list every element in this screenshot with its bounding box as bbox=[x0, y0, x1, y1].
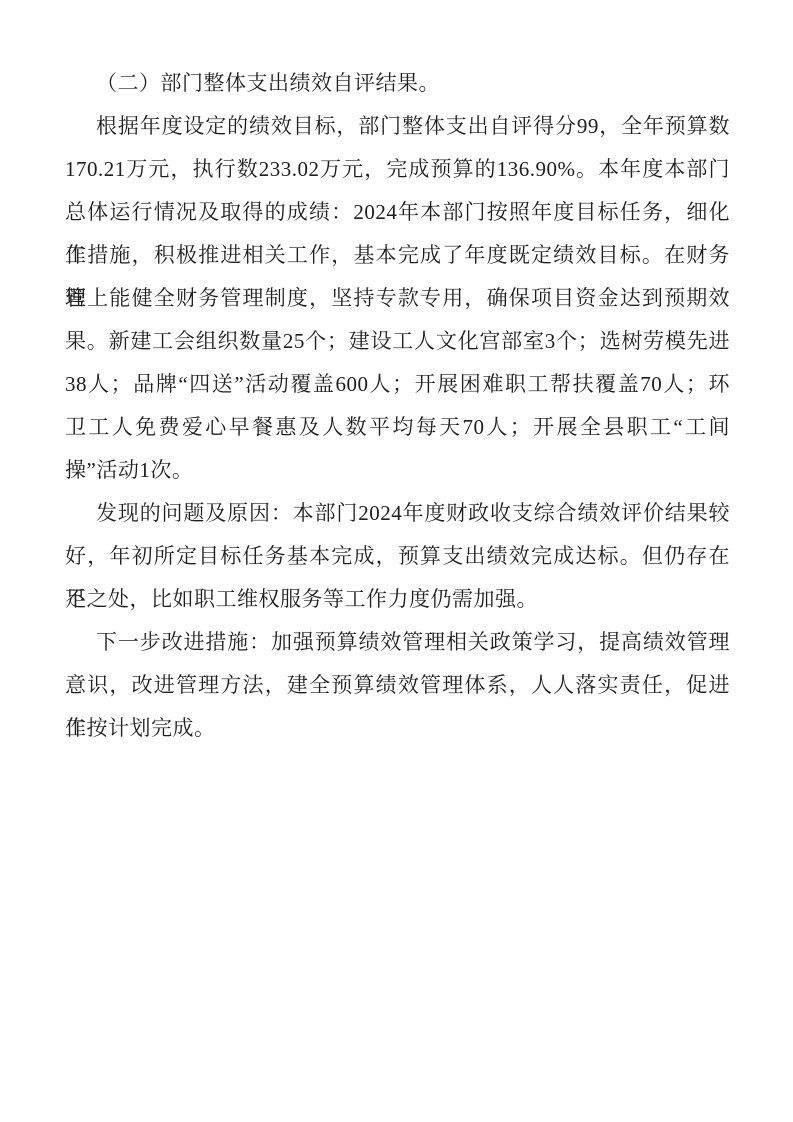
text-line: 下一步改进措施：加强预算绩效管理相关政策学习，提高绩效管理 bbox=[65, 621, 730, 664]
section-heading: （二）部门整体支出绩效自评结果。 bbox=[65, 62, 730, 105]
document-page: （二）部门整体支出绩效自评结果。 根据年度设定的绩效目标，部门整体支出自评得分9… bbox=[0, 0, 793, 1122]
text-line: 38人；品牌“四送”活动覆盖600人；开展困难职工帮扶覆盖70人；环 bbox=[65, 363, 730, 406]
text-line: 卫工人免费爱心早餐惠及人数平均每天70人；开展全县职工“工间 bbox=[65, 406, 730, 449]
text-line: 170.21万元，执行数233.02万元，完成预算的136.90%。本年度本部门 bbox=[65, 148, 730, 191]
text-line: 果。新建工会组织数量25个；建设工人文化宫部室3个；选树劳模先进 bbox=[65, 320, 730, 363]
text-line: 理上能健全财务管理制度，坚持专款专用，确保项目资金达到预期效 bbox=[65, 277, 730, 320]
paragraph-next-step-improvements: 下一步改进措施：加强预算绩效管理相关政策学习，提高绩效管理 意识，改进管理方法，… bbox=[65, 621, 730, 750]
paragraph-problems-and-causes: 发现的问题及原因：本部门2024年度财政收支综合绩效评价结果较 好，年初所定目标… bbox=[65, 492, 730, 621]
text-line: 发现的问题及原因：本部门2024年度财政收支综合绩效评价结果较 bbox=[65, 492, 730, 535]
paragraph-self-evaluation-result: 根据年度设定的绩效目标，部门整体支出自评得分99，全年预算数 170.21万元，… bbox=[65, 105, 730, 492]
text-line: 根据年度设定的绩效目标，部门整体支出自评得分99，全年预算数 bbox=[65, 105, 730, 148]
text-line: 足之处，比如职工维权服务等工作力度仍需加强。 bbox=[65, 578, 730, 621]
document-body: （二）部门整体支出绩效自评结果。 根据年度设定的绩效目标，部门整体支出自评得分9… bbox=[65, 62, 730, 750]
text-line: 操”活动1次。 bbox=[65, 449, 730, 492]
text-line: 总体运行情况及取得的成绩：2024年本部门按照年度目标任务，细化工 bbox=[65, 191, 730, 234]
text-line: 作措施，积极推进相关工作，基本完成了年度既定绩效目标。在财务管 bbox=[65, 234, 730, 277]
text-line: 好，年初所定目标任务基本完成，预算支出绩效完成达标。但仍存在不 bbox=[65, 535, 730, 578]
text-line: 作按计划完成。 bbox=[65, 707, 730, 750]
text-line: 意识，改进管理方法，建全预算绩效管理体系，人人落实责任，促进工 bbox=[65, 664, 730, 707]
